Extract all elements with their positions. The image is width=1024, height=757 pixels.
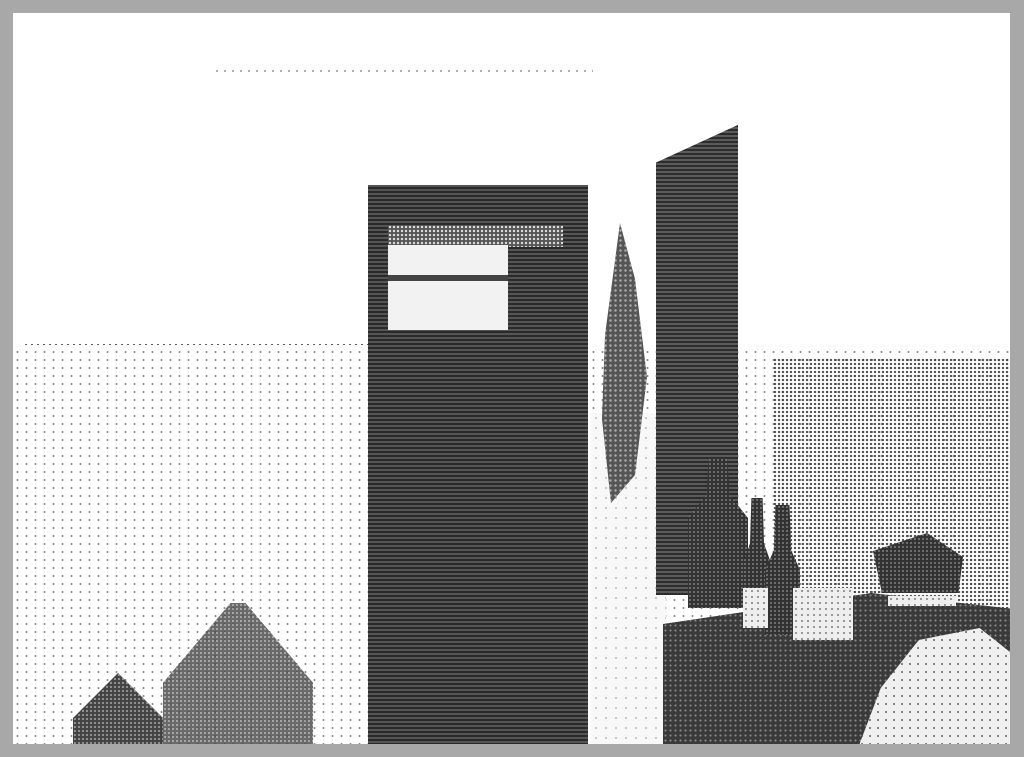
dish-rim — [888, 596, 956, 606]
tower-window-top — [388, 225, 563, 247]
tower-window — [388, 245, 508, 330]
tower-window-bar — [388, 275, 508, 281]
bottle-label-1 — [743, 588, 768, 628]
photo-frame — [13, 13, 1010, 744]
horizon-line — [23, 343, 383, 346]
bottle-label-2 — [793, 588, 853, 640]
sky-texture — [213, 68, 593, 74]
